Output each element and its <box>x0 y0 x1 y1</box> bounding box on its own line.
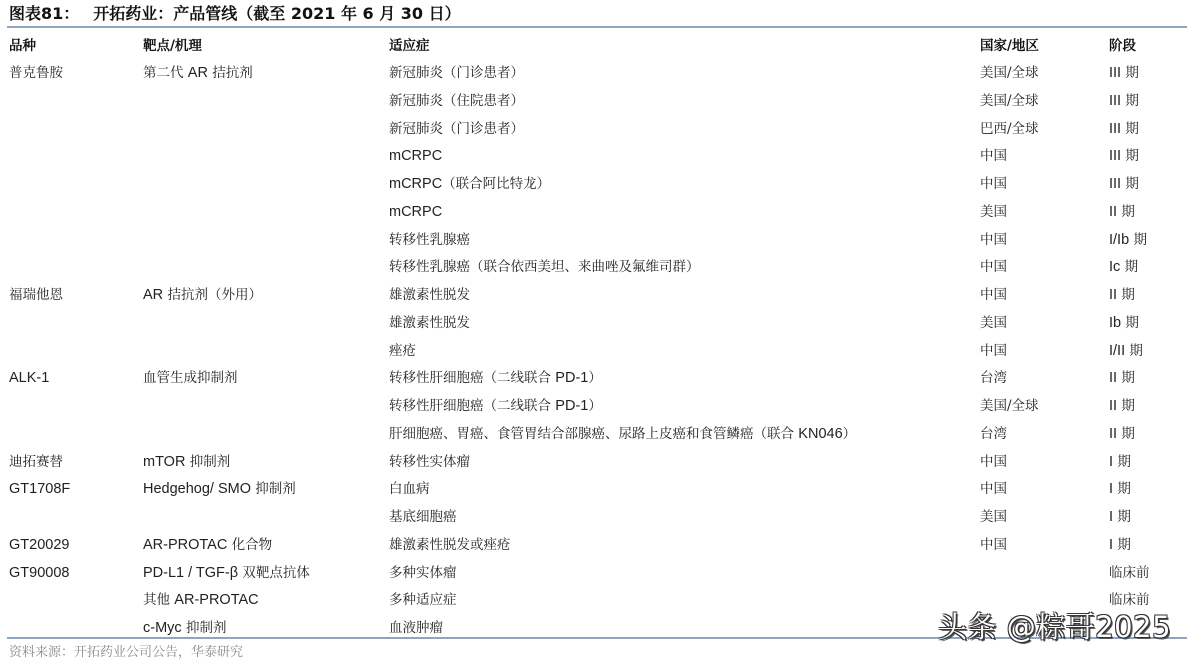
phase-cell: I/Ib 期 <box>1109 230 1147 250</box>
target-cell: 其他 AR-PROTAC <box>143 590 259 610</box>
phase-cell: I 期 <box>1109 452 1131 472</box>
target-cell: Hedgehog/ SMO 抑制剂 <box>143 479 296 499</box>
phase-cell: III 期 <box>1109 63 1139 83</box>
indication-cell: 转移性肝细胞癌（二线联合 PD-1） <box>389 396 602 416</box>
table-row: GT90008PD-L1 / TGF-β 双靶点抗体多种实体瘤临床前 <box>0 563 1194 591</box>
phase-cell: Ic 期 <box>1109 257 1138 277</box>
source-note: 资料来源：开拓药业公司公告，华泰研究 <box>9 641 243 660</box>
indication-cell: 转移性乳腺癌（联合依西美坦、来曲唑及氟维司群） <box>389 257 700 277</box>
target-cell: AR-PROTAC 化合物 <box>143 535 272 555</box>
region-cell: 中国 <box>980 285 1007 305</box>
indication-cell: 白血病 <box>389 479 430 499</box>
region-cell: 台湾 <box>980 424 1007 444</box>
watermark: 头条 @粽哥2025 <box>938 609 1171 645</box>
header-indication: 适应症 <box>389 36 430 56</box>
region-cell: 中国 <box>980 174 1007 194</box>
phase-cell: II 期 <box>1109 368 1135 388</box>
figure-title: 图表81：开拓药业：产品管线（截至 2021 年 6 月 30 日） <box>9 3 461 25</box>
phase-cell: II 期 <box>1109 396 1135 416</box>
phase-cell: II 期 <box>1109 285 1135 305</box>
figure-title-text: 开拓药业：产品管线（截至 2021 年 6 月 30 日） <box>93 4 460 23</box>
header-region: 国家/地区 <box>980 36 1039 56</box>
indication-cell: 基底细胞癌 <box>389 507 457 527</box>
indication-cell: 多种适应症 <box>389 590 457 610</box>
product-cell: GT1708F <box>9 479 70 499</box>
phase-cell: I/II 期 <box>1109 341 1143 361</box>
product-cell: ALK-1 <box>9 368 49 388</box>
phase-cell: I 期 <box>1109 479 1131 499</box>
region-cell: 美国 <box>980 313 1007 333</box>
region-cell: 中国 <box>980 146 1007 166</box>
table-row: ALK-1血管生成抑制剂转移性肝细胞癌（二线联合 PD-1）台湾II 期 <box>0 368 1194 396</box>
indication-cell: 转移性乳腺癌 <box>389 230 470 250</box>
phase-cell: III 期 <box>1109 174 1139 194</box>
phase-cell: I 期 <box>1109 507 1131 527</box>
indication-cell: 新冠肺炎（住院患者） <box>389 91 524 111</box>
phase-cell: Ib 期 <box>1109 313 1139 333</box>
indication-cell: mCRPC <box>389 202 442 222</box>
phase-cell: III 期 <box>1109 91 1139 111</box>
region-cell: 中国 <box>980 230 1007 250</box>
indication-cell: 雄激素性脱发 <box>389 313 470 333</box>
target-cell: mTOR 抑制剂 <box>143 452 230 472</box>
region-cell: 美国/全球 <box>980 91 1039 111</box>
indication-cell: 转移性实体瘤 <box>389 452 470 472</box>
table-row: GT20029AR-PROTAC 化合物雄激素性脱发或痤疮中国I 期 <box>0 535 1194 563</box>
indication-cell: 肝细胞癌、胃癌、食管胃结合部腺癌、尿路上皮癌和食管鳞癌（联合 KN046） <box>389 424 856 444</box>
region-cell: 中国 <box>980 257 1007 277</box>
indication-cell: 转移性肝细胞癌（二线联合 PD-1） <box>389 368 602 388</box>
table-header: 品种 靶点/机理 适应症 国家/地区 阶段 <box>0 36 1194 64</box>
target-cell: 血管生成抑制剂 <box>143 368 238 388</box>
table-row: 新冠肺炎（门诊患者）巴西/全球III 期 <box>0 119 1194 147</box>
region-cell: 中国 <box>980 341 1007 361</box>
phase-cell: I 期 <box>1109 535 1131 555</box>
indication-cell: 血液肿瘤 <box>389 618 443 638</box>
table-row: 新冠肺炎（住院患者）美国/全球III 期 <box>0 91 1194 119</box>
target-cell: 第二代 AR 拮抗剂 <box>143 63 253 83</box>
region-cell: 美国/全球 <box>980 63 1039 83</box>
header-target: 靶点/机理 <box>143 36 202 56</box>
phase-cell: 临床前 <box>1109 563 1150 583</box>
figure-label: 图表81： <box>9 4 79 23</box>
region-cell: 巴西/全球 <box>980 119 1039 139</box>
table-row: 普克鲁胺第二代 AR 拮抗剂新冠肺炎（门诊患者）美国/全球III 期 <box>0 63 1194 91</box>
table-row: 基底细胞癌美国I 期 <box>0 507 1194 535</box>
region-cell: 美国 <box>980 202 1007 222</box>
table-row: mCRPC美国II 期 <box>0 202 1194 230</box>
indication-cell: 新冠肺炎（门诊患者） <box>389 63 524 83</box>
table-row: mCRPC（联合阿比特龙）中国III 期 <box>0 174 1194 202</box>
header-product: 品种 <box>9 36 36 56</box>
table-row: 转移性乳腺癌（联合依西美坦、来曲唑及氟维司群）中国Ic 期 <box>0 257 1194 285</box>
product-cell: 福瑞他恩 <box>9 285 63 305</box>
table-row: 转移性乳腺癌中国I/Ib 期 <box>0 230 1194 258</box>
indication-cell: 新冠肺炎（门诊患者） <box>389 119 524 139</box>
indication-cell: 雄激素性脱发或痤疮 <box>389 535 511 555</box>
top-rule <box>7 26 1187 28</box>
table-row: mCRPC中国III 期 <box>0 146 1194 174</box>
table-row: 雄激素性脱发美国Ib 期 <box>0 313 1194 341</box>
indication-cell: 痤疮 <box>389 341 416 361</box>
region-cell: 中国 <box>980 535 1007 555</box>
phase-cell: II 期 <box>1109 424 1135 444</box>
region-cell: 台湾 <box>980 368 1007 388</box>
region-cell: 中国 <box>980 479 1007 499</box>
product-cell: GT20029 <box>9 535 69 555</box>
target-cell: c-Myc 抑制剂 <box>143 618 226 638</box>
table-row: 痤疮中国I/II 期 <box>0 341 1194 369</box>
table-row: 转移性肝细胞癌（二线联合 PD-1）美国/全球II 期 <box>0 396 1194 424</box>
product-cell: 迪拓赛替 <box>9 452 63 472</box>
target-cell: PD-L1 / TGF-β 双靶点抗体 <box>143 563 310 583</box>
phase-cell: 临床前 <box>1109 590 1150 610</box>
phase-cell: II 期 <box>1109 202 1135 222</box>
table-row: 迪拓赛替mTOR 抑制剂转移性实体瘤中国I 期 <box>0 452 1194 480</box>
target-cell: AR 拮抗剂（外用） <box>143 285 262 305</box>
indication-cell: 雄激素性脱发 <box>389 285 470 305</box>
header-phase: 阶段 <box>1109 36 1136 56</box>
indication-cell: mCRPC（联合阿比特龙） <box>389 174 550 194</box>
region-cell: 中国 <box>980 452 1007 472</box>
indication-cell: 多种实体瘤 <box>389 563 457 583</box>
region-cell: 美国/全球 <box>980 396 1039 416</box>
region-cell: 美国 <box>980 507 1007 527</box>
phase-cell: III 期 <box>1109 146 1139 166</box>
table-row: 福瑞他恩AR 拮抗剂（外用）雄激素性脱发中国II 期 <box>0 285 1194 313</box>
table-row: 肝细胞癌、胃癌、食管胃结合部腺癌、尿路上皮癌和食管鳞癌（联合 KN046）台湾I… <box>0 424 1194 452</box>
indication-cell: mCRPC <box>389 146 442 166</box>
product-cell: 普克鲁胺 <box>9 63 63 83</box>
table-row: GT1708FHedgehog/ SMO 抑制剂白血病中国I 期 <box>0 479 1194 507</box>
product-cell: GT90008 <box>9 563 69 583</box>
phase-cell: III 期 <box>1109 119 1139 139</box>
